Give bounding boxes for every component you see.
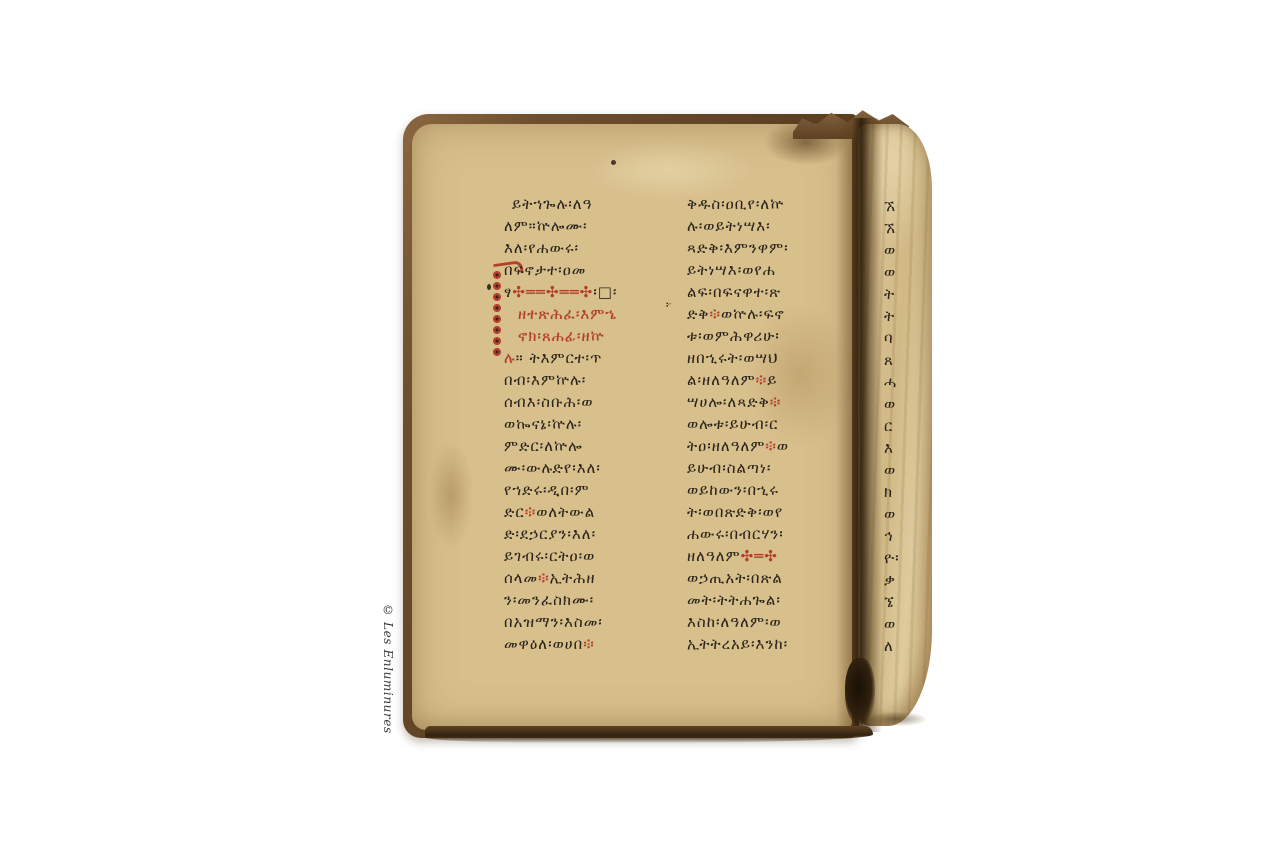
text-line: እለ፡የሐውሩ፡ <box>504 237 696 259</box>
black-ink-text: ምድር፡ለኵሎ <box>504 437 583 455</box>
red-ink-text: ✣ <box>512 283 526 301</box>
text-line: እስከ፡ለዓለም፡ወ <box>687 611 872 633</box>
text-line: ዘለዓለም✣═✣ <box>687 545 872 567</box>
text-line: የኀድሩ፡ዲበ፡ም <box>504 479 696 501</box>
text-line: ድር፨ወለትውል <box>504 501 696 523</box>
black-ink-text: ዘለዓለም <box>687 547 741 565</box>
black-ink-text: ወ <box>884 395 896 413</box>
black-ink-text: ወ <box>777 437 789 455</box>
text-line: ኖክ፡ጸሐፊ፡ዘኵ <box>504 325 696 347</box>
black-ink-text: ድቅ <box>687 305 709 323</box>
black-ink-text: ኧ <box>884 219 896 237</box>
black-ink-text: ኢትሕዘ <box>550 569 596 587</box>
ink-speck <box>487 284 491 290</box>
text-line: በብ፡እምኵሉ፡ <box>504 369 696 391</box>
red-ink-text: ዘተጽሕፈ፡እምኄ <box>518 305 617 323</box>
text-line: ሓ <box>884 371 924 393</box>
black-ink-text: ለ <box>884 637 894 655</box>
text-line: ባ <box>884 327 924 349</box>
black-ink-text: መት፡ትትሐጐል፡ <box>687 591 781 609</box>
text-line: ሉ። ትእምርተ፡ጥ <box>504 347 696 369</box>
red-ink-text: ══ <box>560 283 580 301</box>
text-line: ድ፡ደኃርያን፡እለ፡ <box>504 523 696 545</box>
black-ink-text: ይገብሩ፡ርትዐ፡ወ <box>504 547 595 565</box>
text-line: ለም።ኵሎሙ፡ <box>504 215 696 237</box>
text-line: መት፡ትትሐጐል፡ <box>687 589 872 611</box>
text-line: በፍኖታተ፡ዐመ <box>504 259 696 281</box>
text-line: ይገብሩ፡ርትዐ፡ወ <box>504 545 696 567</box>
black-ink-text: ኅ <box>884 527 894 545</box>
ink-speck <box>611 160 616 165</box>
text-line: ወ <box>884 503 924 525</box>
black-ink-text: ክ <box>884 483 893 501</box>
black-ink-text: ሐውሩ፡በብርሃን፡ <box>687 525 784 543</box>
book-bottom-edge-shadow <box>425 726 873 743</box>
black-ink-text: ን፡መንፈስክሙ፡ <box>504 591 594 609</box>
text-line: መዋዕለ፡ወሀበ፨ <box>504 633 696 655</box>
black-ink-text: ሰላመ <box>504 569 538 587</box>
black-ink-text: ጸ <box>884 351 894 369</box>
black-ink-text: ል፡ዘለዓለም <box>687 371 756 389</box>
black-ink-text: ይሁብ፡ስልጣነ፡ <box>687 459 771 477</box>
red-ink-text: ፨ <box>525 503 537 521</box>
text-line: ል፡ዘለዓለም፨ይ <box>687 369 872 391</box>
black-ink-text: በፍኖታተ፡ዐመ <box>504 261 586 279</box>
text-line: ት <box>884 305 924 327</box>
text-line: ወኰናኔ፡ኵሉ፡ <box>504 413 696 435</box>
copyright-credit: © Les Enluminures <box>381 603 395 753</box>
red-ink-text: ሉ <box>504 349 516 367</box>
black-ink-text: ወኃጢአት፡በጽል <box>687 569 783 587</box>
black-ink-text: ወሎቱ፡ይሁብ፡ር <box>687 415 778 433</box>
text-line: በአዝማን፡እስመ፡ <box>504 611 696 633</box>
text-line: ኢትትረአይ፡እንከ፡ <box>687 633 872 655</box>
facing-page-bottom-shadow <box>868 712 926 726</box>
red-ink-text: ፨ <box>709 305 721 323</box>
black-ink-text: እስከ፡ለዓለም፡ወ <box>687 613 782 631</box>
black-ink-text: ወ <box>884 615 896 633</box>
black-ink-text: ወለትውል <box>536 503 595 521</box>
text-line: ወኃጢአት፡በጽል <box>687 567 872 589</box>
text-line: ይሁብ፡ስልጣነ፡ <box>687 457 872 479</box>
black-ink-text: ይትኀጐሉ፡ለዓ <box>512 195 592 213</box>
text-line: ሰብእ፡ስቡሕ፡ወ <box>504 391 696 413</box>
black-ink-text: ትእምርተ፡ጥ <box>530 349 603 367</box>
text-column-1: ይትኀጐሉ፡ለዓለም።ኵሎሙ፡እለ፡የሐውሩ፡በፍኖታተ፡ዐመፃ✣══✣══✣፡… <box>504 193 696 655</box>
text-line: ሉ፡ወይትነሣእ፡ <box>687 215 872 237</box>
black-ink-text: ኢትትረአይ፡እንከ፡ <box>687 635 788 653</box>
black-ink-text: ወ <box>884 461 896 479</box>
black-ink-text: ሣሀሎ፡ለጻድቅ <box>687 393 770 411</box>
black-ink-text: ወይከውን፡በኂሩ <box>687 481 779 499</box>
black-ink-text: ዘበኂሩት፡ወሣህ <box>687 349 778 367</box>
text-line: ምድር፡ለኵሎ <box>504 435 696 457</box>
red-ink-text: ✣ <box>580 283 594 301</box>
text-column-2: ቅዱስ፡ዐቢየ፡ለኵሉ፡ወይትነሣእ፡ጻድቅ፡እምንዋም፡ይትነሣእ፡ወየሐልፍ… <box>687 193 872 655</box>
black-ink-text: ር <box>884 417 893 435</box>
text-line: ን፡መንፈስክሙ፡ <box>504 589 696 611</box>
text-line: ወይከውን፡በኂሩ <box>687 479 872 501</box>
black-ink-text: ቱ፡ወምሕዋሪሁ፡ <box>687 327 780 345</box>
red-ink-text: ፨ <box>756 371 768 389</box>
text-line: ወሎቱ፡ይሁብ፡ር <box>687 413 872 435</box>
black-ink-text: ወኰናኔ፡ኵሉ፡ <box>504 415 582 433</box>
black-ink-text: ትዐ፡ዘለዓለም <box>687 437 765 455</box>
black-ink-text: ሙ፡ውሉድየ፡እለ፡ <box>504 459 601 477</box>
photo-stage: © Les Enluminures ፦ ይትኀጐሉ፡ለዓለም።ኵሎሙ፡እለ፡የሐ… <box>0 0 1280 860</box>
red-ink-text: ኖክ፡ጸሐፊ፡ዘኵ <box>518 327 605 345</box>
black-ink-text: ዮ፡ <box>884 549 900 567</box>
black-ink-text: ሓ <box>884 373 897 391</box>
text-line: ጸ <box>884 349 924 371</box>
black-ink-text: ወ <box>884 505 896 523</box>
black-ink-text: ቃ <box>884 571 896 589</box>
black-ink-text: ልፍ፡በፍናዋተ፡ጽ <box>687 283 781 301</box>
black-ink-text: ድር <box>504 503 525 521</box>
black-ink-text: ቅዱስ፡ዐቢየ፡ለኵ <box>687 195 784 213</box>
black-ink-text: ባ <box>884 329 894 347</box>
text-line: ወ <box>884 459 924 481</box>
black-ink-text: □ <box>598 283 613 301</box>
text-line: ይትኀጐሉ፡ለዓ <box>504 193 696 215</box>
text-line: ሙ፡ውሉድየ፡እለ፡ <box>504 457 696 479</box>
black-ink-text: ሰብእ፡ስቡሕ፡ወ <box>504 393 594 411</box>
black-ink-text: እ <box>884 439 894 457</box>
black-ink-text: ይ <box>767 371 777 389</box>
black-ink-text: ወ <box>884 241 896 259</box>
red-ink-text: ፨ <box>770 393 782 411</box>
black-ink-text: እለ፡የሐውሩ፡ <box>504 239 579 257</box>
black-ink-text: መዋዕለ፡ወሀበ <box>504 635 583 653</box>
red-ink-text: ፨ <box>583 635 595 653</box>
black-ink-text: ለም።ኵሎሙ፡ <box>504 217 588 235</box>
text-line: ትዐ፡ዘለዓለም፨ወ <box>687 435 872 457</box>
text-line: ሰላመ፨ኢትሕዘ <box>504 567 696 589</box>
black-ink-text: በብ፡እምኵሉ፡ <box>504 371 586 389</box>
black-ink-text: ት፡ወበጽድቅ፡ወየ <box>687 503 783 521</box>
text-line: ቅዱስ፡ዐቢየ፡ለኵ <box>687 193 872 215</box>
text-line: ለ <box>884 635 924 657</box>
text-line: ት፡ወበጽድቅ፡ወየ <box>687 501 872 523</box>
black-ink-text: ። <box>516 349 530 367</box>
black-ink-text: ፡ <box>613 283 618 301</box>
black-ink-text: ይትነሣእ፡ወየሐ <box>687 261 776 279</box>
black-ink-text: ድ፡ደኃርያን፡እለ፡ <box>504 525 596 543</box>
text-line: ኧ <box>884 195 924 217</box>
text-line: ወ <box>884 261 924 283</box>
red-ink-text: ✣ <box>546 283 560 301</box>
black-ink-text: የኀድሩ፡ዲበ፡ም <box>504 481 590 499</box>
text-line: ወ <box>884 393 924 415</box>
text-line: ወ <box>884 613 924 635</box>
text-line: ኜ <box>884 591 924 613</box>
black-ink-text: ወ <box>884 263 896 281</box>
red-ink-text: ══ <box>526 283 546 301</box>
text-line: ክ <box>884 481 924 503</box>
text-line: ት <box>884 283 924 305</box>
black-ink-text: ት <box>884 285 895 303</box>
marginal-ornament <box>492 270 503 356</box>
text-line: እ <box>884 437 924 459</box>
text-line: ዘበኂሩት፡ወሣህ <box>687 347 872 369</box>
text-line: ፃ✣══✣══✣፡□፡ <box>504 281 696 303</box>
text-line: ዘተጽሕፈ፡እምኄ <box>504 303 696 325</box>
red-ink-text: ✣═✣ <box>741 547 778 565</box>
text-line: ድቅ፨ወኵሉ፡ፍኖ <box>687 303 872 325</box>
black-ink-text: ኜ <box>884 593 895 611</box>
text-line: ቱ፡ወምሕዋሪሁ፡ <box>687 325 872 347</box>
black-ink-text: ት <box>884 307 895 325</box>
black-ink-text: ጻድቅ፡እምንዋም፡ <box>687 239 789 257</box>
text-line: ኧ <box>884 217 924 239</box>
black-ink-text: በአዝማን፡እስመ፡ <box>504 613 603 631</box>
black-ink-text: ኧ <box>884 197 896 215</box>
text-column-sliver: ኧኧወወትትባጸሓወርእወክወኅዮ፡ቃኜወለ <box>884 195 924 657</box>
text-line: ሐውሩ፡በብርሃን፡ <box>687 523 872 545</box>
text-line: ዮ፡ <box>884 547 924 569</box>
black-ink-text: ወኵሉ፡ፍኖ <box>721 305 785 323</box>
black-ink-text: ሉ፡ወይትነሣእ፡ <box>687 217 771 235</box>
text-line: ቃ <box>884 569 924 591</box>
text-line: ሣሀሎ፡ለጻድቅ፨ <box>687 391 872 413</box>
red-ink-text: ፨ <box>538 569 550 587</box>
text-line: ይትነሣእ፡ወየሐ <box>687 259 872 281</box>
red-ink-text: ፨ <box>765 437 777 455</box>
text-line: ልፍ፡በፍናዋተ፡ጽ <box>687 281 872 303</box>
text-line: ኅ <box>884 525 924 547</box>
gutter-bottom-shadow <box>845 658 875 724</box>
text-line: ር <box>884 415 924 437</box>
text-line: ጻድቅ፡እምንዋም፡ <box>687 237 872 259</box>
text-line: ወ <box>884 239 924 261</box>
